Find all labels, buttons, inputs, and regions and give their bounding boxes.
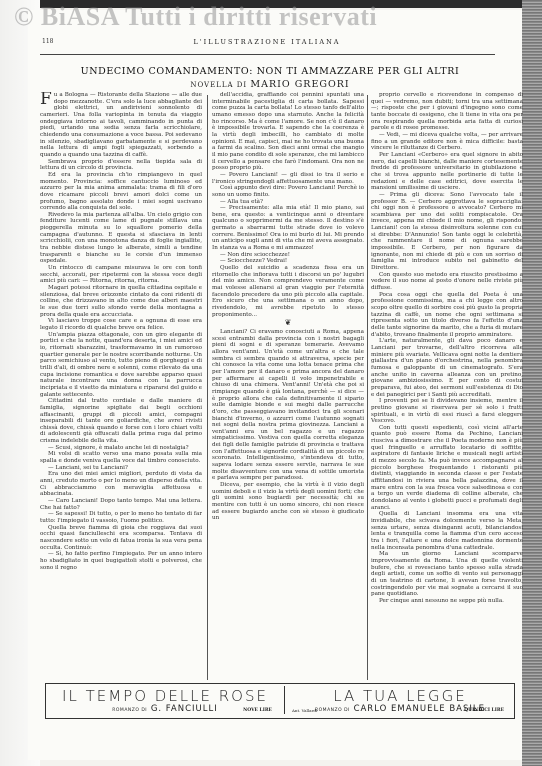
article-paragraph: Con questo suo metodo era riuscito prest… [371, 272, 523, 292]
article-paragraph: Vi lasciavo troppe cose care e a ognuna … [40, 318, 202, 331]
article-paragraph: u a Bologna — Ristorante della Stazione … [40, 92, 202, 159]
article-paragraph: — Vedi, — mi diceva qualche volta, — per… [371, 132, 523, 152]
column-paragraphs: proprio cervello e ricevendone in compen… [371, 92, 523, 605]
article-paragraph: proprio cervello e ricevendone in compen… [371, 92, 523, 132]
column-paragraphs: u a Bologna — Ristorante della Stazione … [40, 92, 202, 571]
ad-la-tua-legge: LA TUA LEGGE ROMANZO DI CARLO EMANUELE B… [286, 684, 514, 718]
article-paragraph: Mi volsi di scatto verso una mano posata… [40, 451, 202, 464]
ad-publisher: Ant. Vallardi [292, 708, 317, 713]
article-column-3: proprio cervello e ricevendone in compen… [371, 92, 523, 682]
article-paragraph: Poca cosa oggi che quella del Poeta è un… [371, 292, 523, 339]
article-paragraph: dell'accidia, graffiando coi pennini spu… [212, 92, 364, 172]
article-paragraph: Un'ampia piazza ottagonale, con un giro … [40, 332, 202, 399]
scan-right-edge [522, 0, 542, 766]
ad-price: NOVE LIRE [243, 708, 272, 713]
byline-prefix: NOVELLA DI [190, 81, 247, 89]
ad-price: QUINDICI LIRE [464, 708, 504, 713]
ad-divider [284, 686, 285, 714]
article-title: UNDECIMO COMANDAMENTO: NON TI AMMAZZARE … [80, 66, 460, 77]
article-paragraph: — Prima gli diceva: Sono l'avvocato tale… [371, 192, 523, 272]
article-paragraph: Così appunto devi dire: Povero Lanciani!… [212, 185, 364, 198]
ad-il-tempo-delle-rose: IL TEMPO DELLE ROSE ROMANZO DI G. FANCIU… [46, 684, 284, 718]
article-paragraph: — Se sapessi! Di tutto, o per lo meno ho… [40, 511, 202, 524]
article-column-2: dell'accidia, graffiando coi pennini spu… [212, 92, 364, 682]
article-paragraph: — Precisamente: alla mia età! Il mio pia… [212, 205, 364, 252]
article-paragraph: — Lanciani, sei tu Lanciani? [40, 465, 202, 472]
article-column-1: F u a Bologna — Ristorante della Stazion… [40, 92, 202, 682]
byline: NOVELLA DI MARIO GREGORI [150, 79, 390, 90]
article-paragraph: Per Lanciani «Cerbero» era quel signore … [371, 152, 523, 192]
article-paragraph: — Sciocchezze? Vedrai! [212, 258, 364, 265]
journal-title: L'ILLUSTRAZIONE ITALIANA [42, 38, 492, 46]
article-paragraph: Un rintocco di campane misurava le ore c… [40, 265, 202, 285]
article-paragraph: Lanciani? Ci eravamo conosciuti a Roma, … [212, 329, 364, 482]
article-paragraph: Quella breve fiamma di gioia che roggiav… [40, 525, 202, 552]
article-paragraph: — Caro Lanciani! Dopo tanto tempo. Mai u… [40, 498, 202, 511]
drop-cap: F [40, 92, 52, 107]
book-advertisement-banner: IL TEMPO DELLE ROSE ROMANZO DI G. FANCIU… [45, 683, 515, 719]
article-paragraph: Cittadini dal tratto cordiale e dalle ma… [40, 398, 202, 445]
article-paragraph: — Non dire sciocchezze! [212, 252, 364, 259]
article-paragraph: — Scusi, signore, è malato anche lei di … [40, 445, 202, 452]
article-paragraph: Sembrava proprio d'essere nella tiepida … [40, 159, 202, 172]
article-paragraph: Rivedevo la mia partenza all'alba. Un ci… [40, 212, 202, 265]
article-paragraph: Ma un giorno Lanciani scomparve improvvi… [371, 551, 523, 598]
article-paragraph: Diceva, per esempio, che la virtù è il v… [212, 482, 364, 522]
ad-author: G. FANCIULLI [151, 704, 218, 714]
page-header: 118 L'ILLUSTRAZIONE ITALIANA [42, 38, 492, 52]
article-paragraph: Magari potessi ritornare in quella citta… [40, 285, 202, 318]
section-break-ornament: ❦ [212, 320, 364, 327]
article-paragraph: — Sì, ho fatto perfino l'impiegato. Per … [40, 551, 202, 571]
article-paragraph: L'arte, naturalmente, gli dava poco dana… [371, 338, 523, 398]
column-paragraphs: dell'accidia, graffiando coi pennini spu… [212, 92, 364, 522]
article-paragraph: Per cinque anni nessuno ne seppe più nul… [371, 598, 523, 605]
column-divider [207, 95, 208, 680]
column-divider [367, 95, 368, 680]
ad-book-title: IL TEMPO DELLE ROSE [46, 687, 284, 705]
article-paragraph: Era uno dei miei amici migliori, perduto… [40, 471, 202, 498]
article-paragraph: I proventi poi se li dividevano insieme,… [371, 398, 523, 425]
article-paragraph: — Povero Lanciani! — gli dissi io tra il… [212, 172, 364, 185]
copyright-watermark: © BiASA Tutti i diritti riservati [14, 2, 377, 32]
ad-prefix: ROMANZO DI [315, 708, 350, 713]
ad-book-title: LA TUA LEGGE [286, 687, 514, 705]
article-paragraph: Quella di Lanciani insomma era una vita … [371, 511, 523, 551]
article-paragraph: Quello del suicidio a scadenza fissa era… [212, 265, 364, 318]
ad-prefix: ROMANZO DI [112, 708, 147, 713]
article-paragraph: Con tutti questi espedienti, così vicini… [371, 425, 523, 512]
header-rule [40, 54, 495, 55]
article-paragraph: Ed era la provincia ch'io rimpiangevo in… [40, 172, 202, 212]
author-name: MARIO GREGORI [250, 79, 349, 90]
